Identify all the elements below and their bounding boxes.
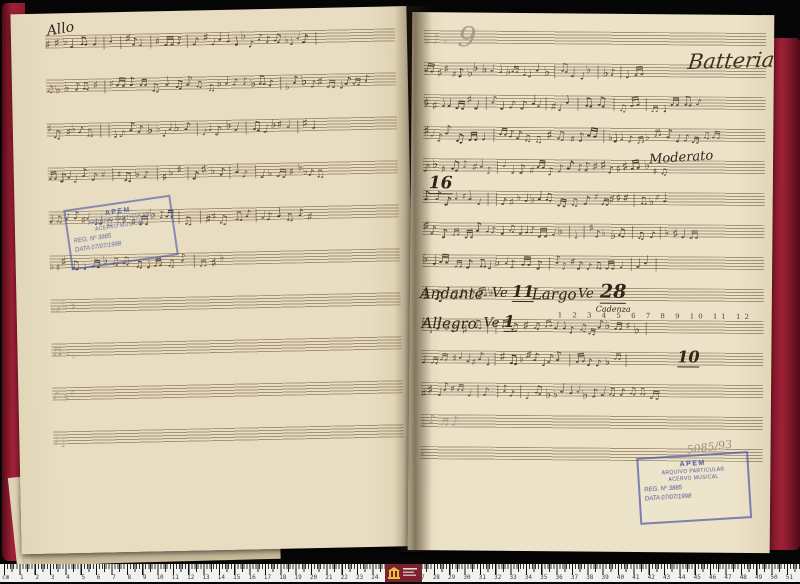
ruler-number: 24 (371, 574, 378, 581)
ruler-number: 49 (755, 574, 762, 581)
staff-system: ♬♪♩♩♪♪♯|♯♫♭♪|♯♭♯|♪♯♭♪|♩♪|♩♭♬♯♭♭♪♫ (48, 160, 398, 180)
staff-system: ♪♯♯ (52, 380, 402, 400)
ruler-number: 50 (770, 574, 777, 581)
ruler-number: 35 (540, 574, 547, 581)
multirest-count-16: 16 (429, 173, 453, 194)
ruler-number: 45 (694, 574, 701, 581)
largo-prefix: Ve (578, 286, 594, 301)
tempo-allegro: Allegro (422, 314, 477, 332)
ruler-number: 15 (233, 574, 240, 581)
ruler-number: 22 (341, 574, 348, 581)
staff-system: ♪♪♬♪ (421, 414, 763, 430)
library-stamp: APEM ARQUIVO PARTICULAR ACERVO MUSICAL R… (636, 451, 752, 525)
staff-system: ♯♯♩♩♬♯♩|♪♩♪♪♩♩|♯♩♩|♫♫|♫♬|♬♩♬♫♪ (424, 94, 766, 110)
ruler-number: 46 (709, 574, 716, 581)
allegro-bar-count: 1 (504, 312, 515, 332)
ruler-number: 16 (249, 574, 256, 581)
ruler-logo (385, 564, 422, 582)
ruler-number: 47 (724, 574, 731, 581)
ruler-number: 40 (617, 574, 624, 581)
ruler-number: 1 (20, 574, 24, 581)
staff-system: ♭♩♬♬♪♫♩♭♩♪♬♪|♪♪♯♪♪♫♬♩|♩♩| (422, 254, 764, 270)
ruler-number: 41 (632, 574, 639, 581)
staff-system: ♯♯♩♪♯♬♩|♪|♪♪|♩♫♭♭♩♩♩♭♪♩♫♪♫♫♬ (421, 382, 763, 398)
left-manuscript-page: Allo ♯♯♭♩♫♩|♩|♯♪♩|♯♬♪|♪♯♩♩♩♩♭♪♪♪♫♭♩♩♪| ♫… (10, 6, 417, 554)
ruler-number: 4 (66, 574, 70, 581)
ruler-number: 8 (128, 574, 132, 581)
ruler-number: 14 (218, 574, 225, 581)
ruler-number: 12 (187, 574, 194, 581)
ruler-number: 18 (279, 574, 286, 581)
ruler-number: 17 (264, 574, 271, 581)
ruler-number: 36 (556, 574, 563, 581)
section-title-batteria: Batteria (687, 48, 776, 74)
ruler-number: 10 (156, 574, 163, 581)
ruler-number: 5 (81, 574, 85, 581)
ruler-number: 51 (786, 574, 793, 581)
staff-system: ♪♪♪♩♯♩♩||♪♯♭♩♭♩♫♬♫♪♯♬♯♯♯|♫♭♯♩ (423, 190, 765, 206)
measure-count-numbers: 1 2 3 4 5 6 7 8 9 10 11 12 (558, 311, 753, 321)
ruler-number: 21 (325, 574, 332, 581)
staff-system: ♯♪♪♬♬♪♩♪♩♫♩♩♪♬♩♭|♩|♯♪♭♭♫|♫♪|♭♯♩♬ (422, 222, 764, 238)
ruler-number: 48 (740, 574, 747, 581)
ruler-number: 32 (494, 574, 501, 581)
archive-building-icon (385, 564, 422, 582)
ruler-number: 3 (51, 574, 55, 581)
staff-system: ♯♯♭♩♫♩|♩|♯♪♩|♯♬♪|♪♯♩♩♩♩♭♪♪♪♫♭♩♩♪| (45, 28, 395, 48)
pencil-page-number: 9 (457, 20, 478, 55)
ruler-number: 13 (202, 574, 209, 581)
ruler-number: 33 (509, 574, 516, 581)
manuscript-photo: Allo ♯♯♭♩♫♩|♩|♯♪♩|♯♬♪|♪♯♩♩♩♩♭♪♪♪♫♭♩♩♪| ♫… (0, 0, 800, 584)
staff-system: ♪♭♯♫♪♯♩♪|♩♩♪♯♬♪♪♪♪♪♯♯♪♯♯♬♭♯♫ (423, 158, 765, 174)
ruler-number: 39 (602, 574, 609, 581)
staff-system: ♩♬♬♯♩♩♯♪♩|♯♫♭♯♪♩♪♪|♬♪♪♭♬| (421, 350, 763, 366)
ruler-number: 23 (356, 574, 363, 581)
ruler-number: 30 (463, 574, 470, 581)
multirest-count-10: 10 (677, 347, 699, 367)
ruler-number: 44 (678, 574, 685, 581)
allegro-prefix: Ve (484, 316, 500, 331)
staff-system: ♯♩♪♪♫♬♩|♬♪♪♫♫♯♫♯♪♬|♭♩♩♪♬♭♬♪♩♪♬♫♬ (423, 126, 765, 142)
staff-system: ♩♩ (53, 424, 403, 444)
ruler-number: 9 (143, 574, 147, 581)
tempo-largo: Largo (532, 285, 577, 303)
staff-system: ♬♩♭ (51, 336, 401, 356)
ruler-number: 11 (172, 574, 179, 581)
ruler-unit-label: cm (2, 574, 9, 581)
andante-prefix: Ve (492, 286, 508, 301)
ruler-number: 29 (448, 574, 455, 581)
measuring-ruler: cm 1234567891011121314151617181920212223… (0, 564, 800, 582)
ruler-number: 19 (295, 574, 302, 581)
ruler-number: 34 (525, 574, 532, 581)
ruler-number: 38 (586, 574, 593, 581)
ruler-number: 7 (112, 574, 116, 581)
ruler-number: 42 (648, 574, 655, 581)
staff-system: ♫♭♭♪♫♯|♯♬♪♬♫♩♫♪♫♫♭♩♪♪♭♫♪|♭♪♭♪♯♬♩♪♬♪ (46, 72, 396, 92)
ruler-number: 20 (310, 574, 317, 581)
largo-bar-count: 28 (600, 281, 627, 304)
ruler-number: 43 (663, 574, 670, 581)
ruler-number: 37 (571, 574, 578, 581)
tempo-andante: Andante (420, 284, 484, 303)
staff-system: ♯♫♯♭♪♫||♩♪♪♪♭♭♩♩♭♪|♪♩♪♭♩|♫♩♭♯♩|♯♩ (47, 116, 397, 136)
right-manuscript-page: 9 Batteria ♭♪♭ ♬♯♯♯♪♭♭♭♩♩♭♬♩♩♩♭|♫♩♩♭|♭♪|… (408, 12, 775, 553)
staff-system: ♭♯♭♯ (50, 292, 400, 312)
ruler-number: 6 (97, 574, 101, 581)
ruler-number: 28 (433, 574, 440, 581)
ruler-number: 2 (35, 574, 39, 581)
ruler-number: 31 (479, 574, 486, 581)
